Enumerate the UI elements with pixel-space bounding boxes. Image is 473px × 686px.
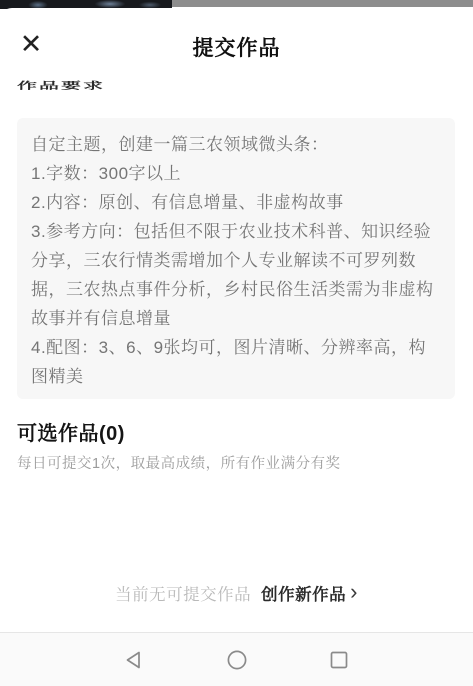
requirements-box: 自定主题，创建一篇三农领域微头条： 1.字数：300字以上 2.内容：原创、有信… <box>17 118 455 399</box>
requirements-text: 自定主题，创建一篇三农领域微头条： 1.字数：300字以上 2.内容：原创、有信… <box>31 130 441 391</box>
empty-state-row: 当前无可提交作品 创作新作品 › <box>0 581 473 605</box>
selectable-works-title: 可选作品(0) <box>17 417 125 446</box>
recents-icon[interactable] <box>327 648 351 672</box>
page-title: 提交作品 <box>0 32 473 62</box>
no-submittable-works-hint: 当前无可提交作品 <box>115 581 251 605</box>
chevron-right-icon: › <box>350 581 358 603</box>
requirements-label: 作品要求 <box>17 78 105 92</box>
back-icon[interactable] <box>123 648 147 672</box>
home-icon[interactable] <box>225 648 249 672</box>
create-new-work-link[interactable]: 创作新作品 › <box>261 581 358 605</box>
submit-work-sheet: ✕ 提交作品 作品要求 自定主题，创建一篇三农领域微头条： 1.字数：300字以… <box>0 8 473 632</box>
submission-rule-text: 每日可提交1次，取最高成绩，所有作业满分有奖 <box>17 452 341 473</box>
android-navbar <box>0 632 473 686</box>
create-new-work-label: 创作新作品 <box>261 581 346 605</box>
submit-work-screen: ✕ 提交作品 作品要求 自定主题，创建一篇三农领域微头条： 1.字数：300字以… <box>0 0 473 686</box>
background-app-dim <box>172 0 473 7</box>
